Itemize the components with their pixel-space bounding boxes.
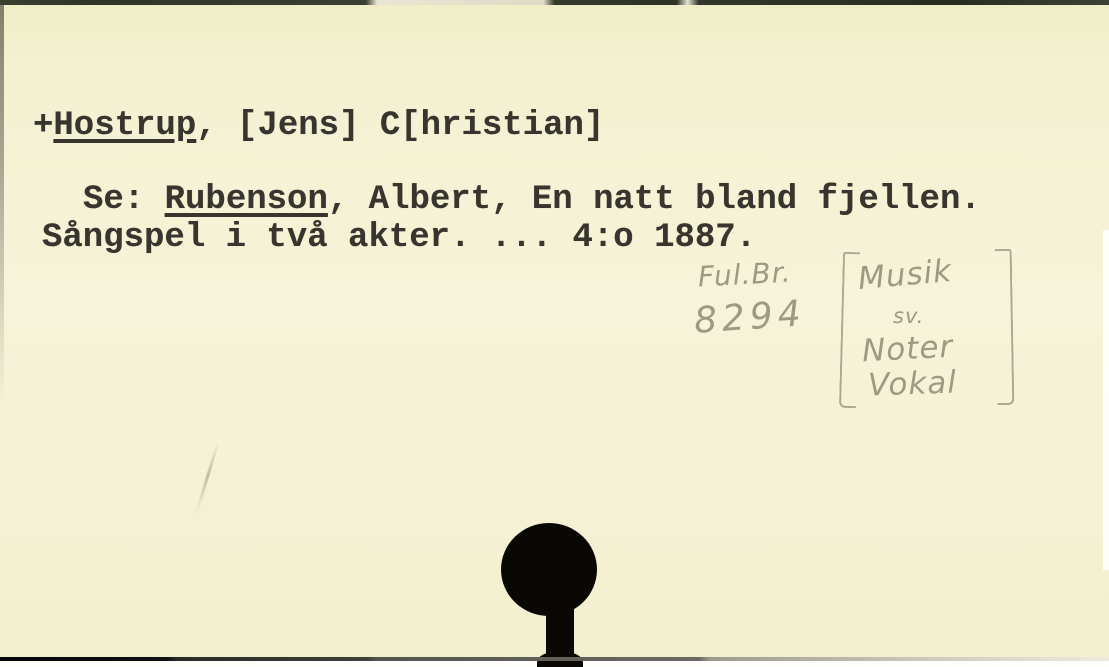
card-bottom-edge — [0, 657, 1109, 661]
classification-term-noter: Noter — [861, 329, 954, 370]
heading-author-name: Hostrup — [53, 107, 196, 145]
card-right-edge — [1103, 230, 1109, 570]
reference-target-name: Rubenson — [165, 181, 328, 219]
classification-bracket-right — [995, 249, 1015, 405]
classification-term-sv: sv. — [893, 304, 924, 328]
shelfmark-number: 8294 — [693, 293, 807, 342]
heading-line: +Hostrup, [Jens] C[hristian] — [33, 107, 604, 145]
reference-title: , Albert, En natt bland fjellen. — [328, 181, 981, 219]
classification-term-vokal: Vokal — [867, 364, 957, 403]
card-left-edge — [0, 5, 4, 425]
classification-term-musik: Musik — [857, 253, 954, 297]
reference-see-label: Se: — [83, 181, 165, 219]
heading-prefix: + — [33, 107, 53, 145]
reference-line-2: Sångspel i två akter. ... 4:o 1887. — [42, 219, 756, 257]
reference-line-1: Se: Rubenson, Albert, En natt bland fjel… — [83, 181, 981, 219]
heading-rest: , [Jens] C[hristian] — [196, 107, 604, 145]
shelfmark-label: Ful.Br. — [697, 256, 792, 294]
card-top-edge — [0, 0, 1109, 5]
punch-hole — [501, 523, 597, 616]
catalog-card-scan: +Hostrup, [Jens] C[hristian] Se: Rubenso… — [0, 0, 1109, 667]
pencil-smudge — [194, 442, 220, 517]
index-card: +Hostrup, [Jens] C[hristian] Se: Rubenso… — [0, 5, 1109, 661]
